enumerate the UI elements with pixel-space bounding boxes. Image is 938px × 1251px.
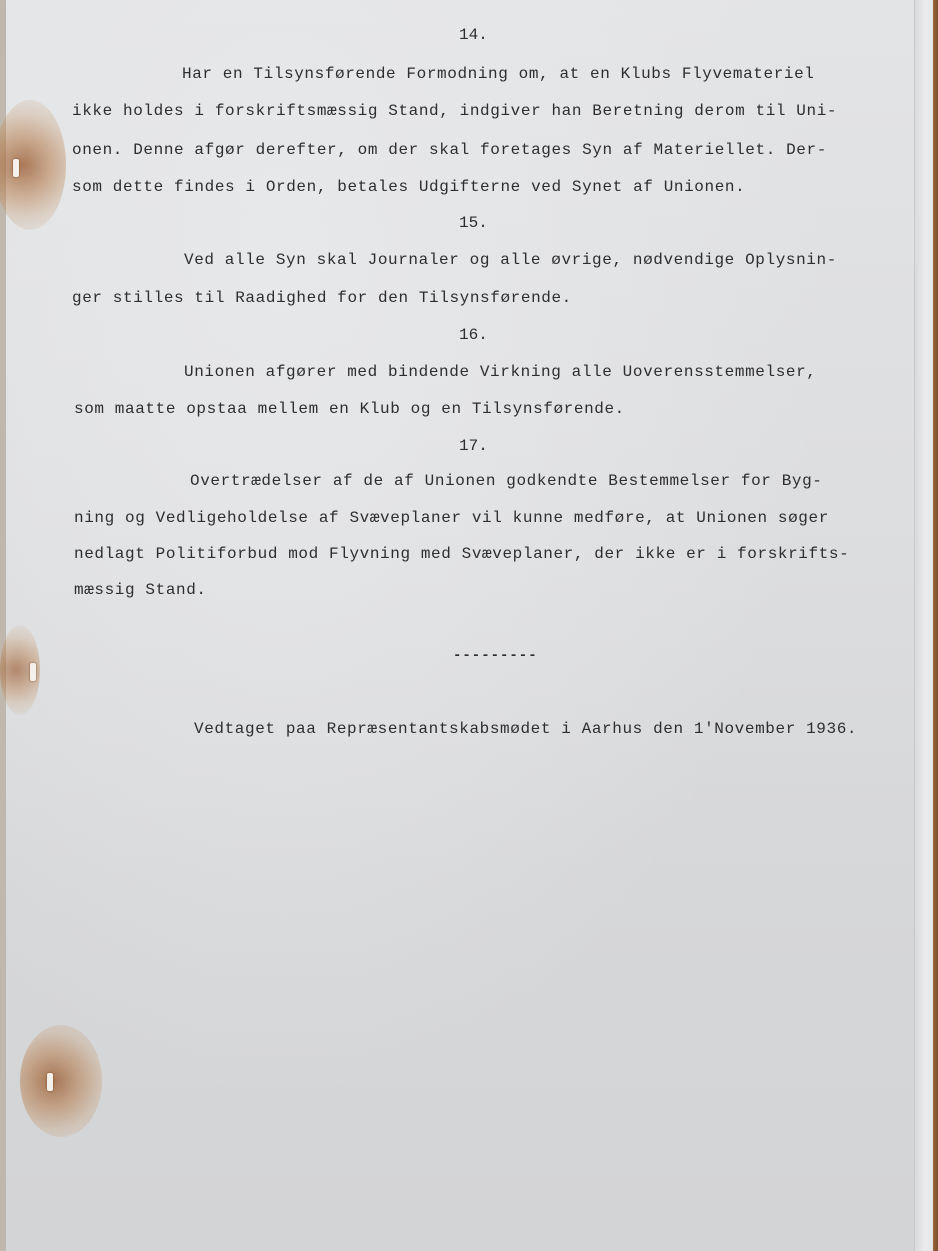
section-14-line-4: som dette findes i Orden, betales Udgift… [72,177,745,197]
section-16-line-1: Unionen afgører med bindende Virkning al… [184,362,817,382]
section-17-line-1: Overtrædelser af de af Unionen godkendte… [190,471,823,491]
staple-hole-middle [30,663,36,681]
section-15-line-1: Ved alle Syn skal Journaler og alle øvri… [184,250,837,270]
document-page: 14. Har en Tilsynsførende Formodning om,… [6,0,926,1251]
section-separator: --------- [453,648,538,664]
section-number-17: 17. [459,437,488,455]
overlapping-sheet-edge [914,0,933,1251]
section-17-line-2: ning og Vedligeholdelse af Svæveplaner v… [74,508,829,528]
section-14-line-1: Har en Tilsynsførende Formodning om, at … [182,64,815,84]
section-14-line-3: onen. Denne afgør derefter, om der skal … [72,140,827,160]
rust-stain-top [0,100,66,230]
staple-hole-bottom [47,1073,53,1091]
section-17-line-3: nedlagt Politiforbud mod Flyvning med Sv… [74,544,849,564]
section-16-line-2: som maatte opstaa mellem en Klub og en T… [74,399,625,419]
staple-hole-top [13,159,19,177]
section-number-16: 16. [459,326,488,344]
adoption-statement: Vedtaget paa Repræsentantskabsmødet i Aa… [194,719,857,739]
section-17-line-4: mæssig Stand. [74,580,207,600]
rust-stain-bottom [20,1025,102,1137]
section-14-line-2: ikke holdes i forskriftsmæssig Stand, in… [72,101,837,121]
section-15-line-2: ger stilles til Raadighed for den Tilsyn… [72,288,572,308]
section-number-15: 15. [459,214,488,232]
section-number-14: 14. [459,26,488,44]
